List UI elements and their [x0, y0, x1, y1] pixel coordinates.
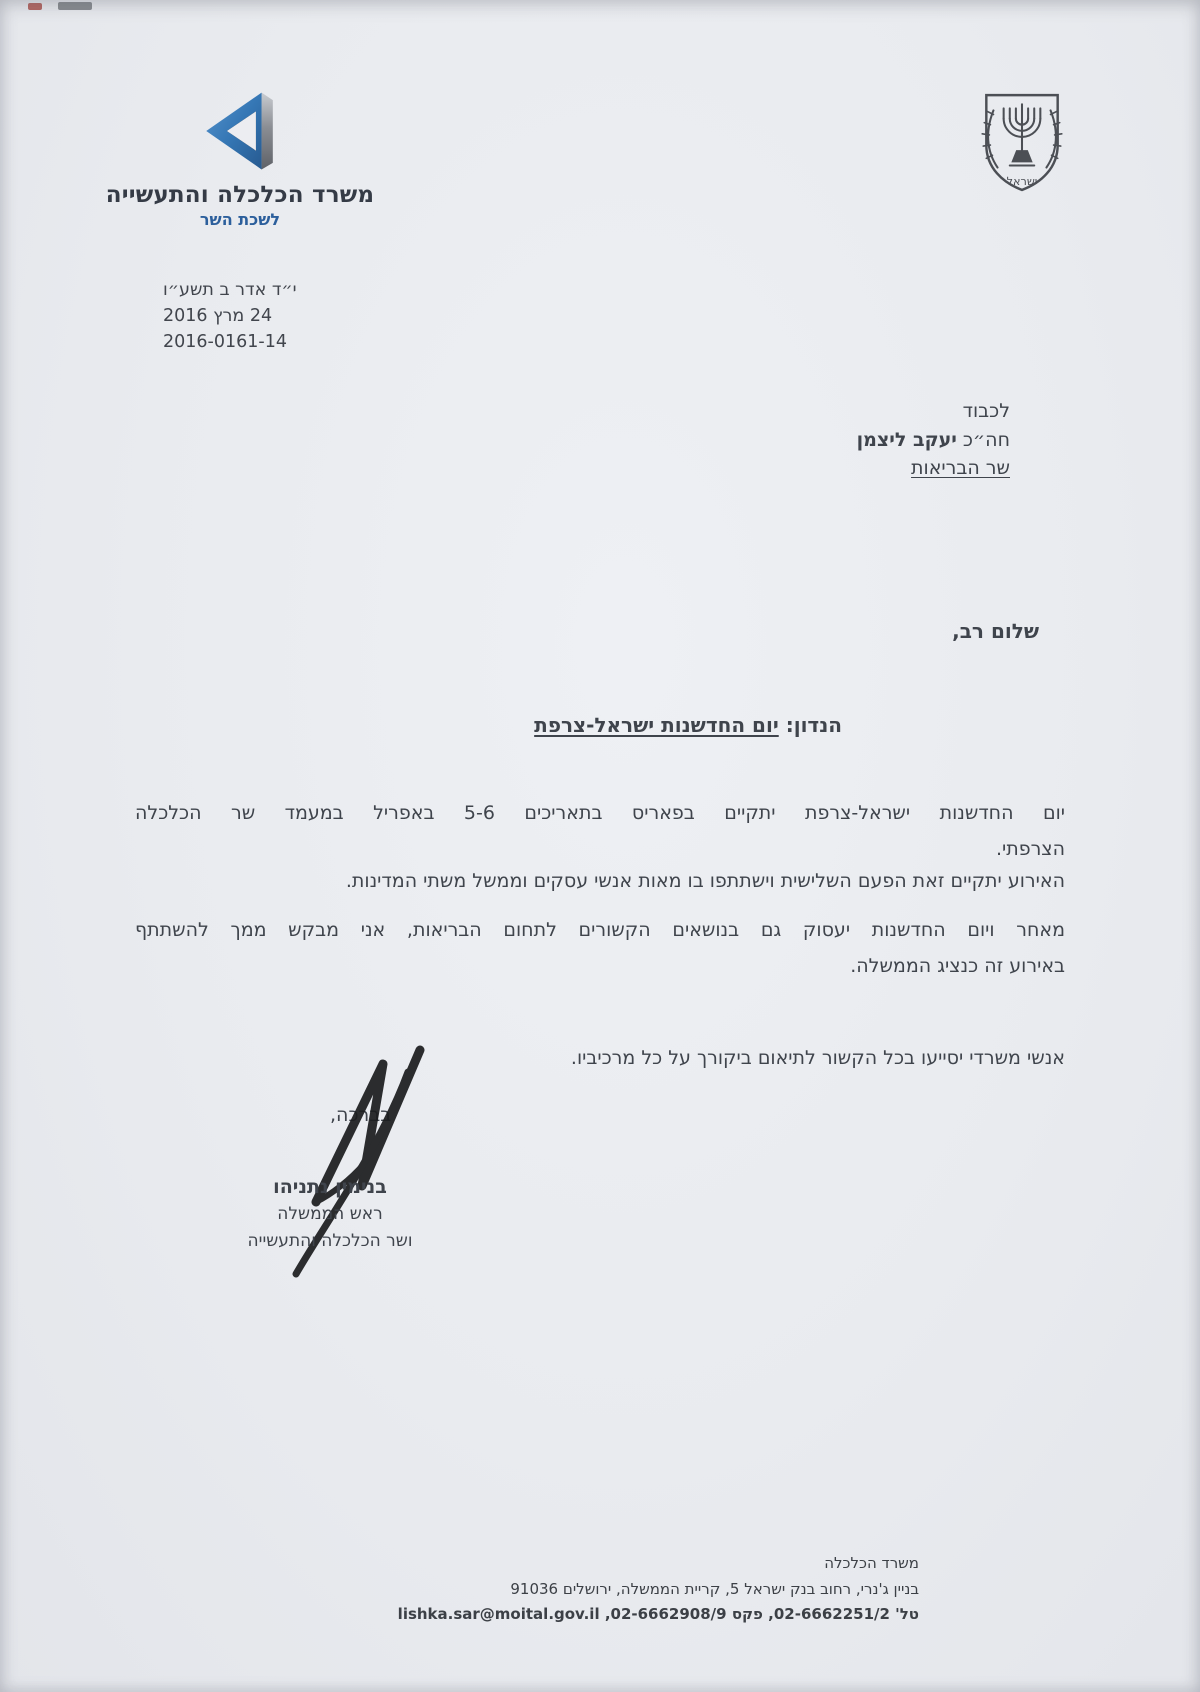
footer-block: משרד הכלכלה בניין ג'נרי, רחוב בנק ישראל …	[398, 1551, 919, 1628]
reference-number: 2016-0161-14	[163, 329, 297, 355]
scan-artifact-red	[28, 3, 42, 10]
signer-name: בנימין נתניהו	[230, 1174, 430, 1201]
subject-label: הנדון:	[786, 713, 842, 737]
date-block: י״ד אדר ב תשע״ו 24 מרץ 2016 2016-0161-14	[163, 277, 297, 355]
gregorian-date: 24 מרץ 2016	[163, 303, 297, 329]
paragraph-line: האירוע יתקיים זאת הפעם השלישית וישתתפו ב…	[135, 863, 1065, 899]
paragraph-line: באירוע זה כנציג הממשלה.	[135, 948, 1065, 984]
greeting-line: שלום רב,	[952, 619, 1039, 643]
paragraph-line: הצרפתי.	[135, 831, 1065, 867]
signer-title-primary: ראש הממשלה	[230, 1201, 430, 1228]
subject-title: יום החדשנות ישראל-צרפת	[534, 713, 779, 737]
addressee-name: יעקב ליצמן	[857, 429, 957, 451]
body-paragraph-3: מאחר ויום החדשנות יעסוק גם בנושאים הקשור…	[135, 912, 1065, 984]
footer-address: בניין ג'נרי, רחוב בנק ישראל 5, קריית הממ…	[398, 1577, 919, 1603]
hebrew-date: י״ד אדר ב תשע״ו	[163, 277, 297, 303]
footer-ministry: משרד הכלכלה	[398, 1551, 919, 1577]
addressee-name-line: חה״כ יעקב ליצמן	[857, 426, 1010, 455]
emblem-caption: ישראל	[1007, 175, 1038, 188]
israel-state-emblem: ישראל	[975, 88, 1069, 198]
addressee-salutation: לכבוד	[857, 397, 1010, 426]
ministry-subtitle: לשכת השר	[90, 210, 390, 229]
paragraph-line: יום החדשנות ישראל-צרפת יתקיים בפאריס בתא…	[135, 795, 1065, 831]
addressee-title: שר הבריאות	[857, 454, 1010, 483]
paragraph-line: מאחר ויום החדשנות יעסוק גם בנושאים הקשור…	[135, 912, 1065, 948]
signer-title-secondary: ושר הכלכלה והתעשייה	[230, 1228, 430, 1255]
ministry-logo-icon	[192, 86, 288, 176]
addressee-block: לכבוד חה״כ יעקב ליצמן שר הבריאות	[857, 397, 1010, 483]
body-paragraph-2: האירוע יתקיים זאת הפעם השלישית וישתתפו ב…	[135, 863, 1065, 899]
israel-emblem-icon: ישראל	[975, 88, 1069, 194]
addressee-honorific: חה״כ	[963, 429, 1010, 451]
signer-block: בנימין נתניהו ראש הממשלה ושר הכלכלה והתע…	[230, 1174, 430, 1255]
scanned-letter-page: משרד הכלכלה והתעשייה לשכת השר	[0, 0, 1200, 1692]
ministry-name: משרד הכלכלה והתעשייה	[90, 182, 390, 208]
footer-contact: טל' 02-6662251/2, פקס 02-6662908/9, lish…	[398, 1602, 919, 1628]
ministry-logo-block: משרד הכלכלה והתעשייה לשכת השר	[90, 86, 390, 229]
scan-artifact-dark	[58, 2, 92, 10]
subject-line: הנדון: יום החדשנות ישראל-צרפת	[534, 713, 842, 737]
body-paragraph-1: יום החדשנות ישראל-צרפת יתקיים בפאריס בתא…	[135, 795, 1065, 867]
